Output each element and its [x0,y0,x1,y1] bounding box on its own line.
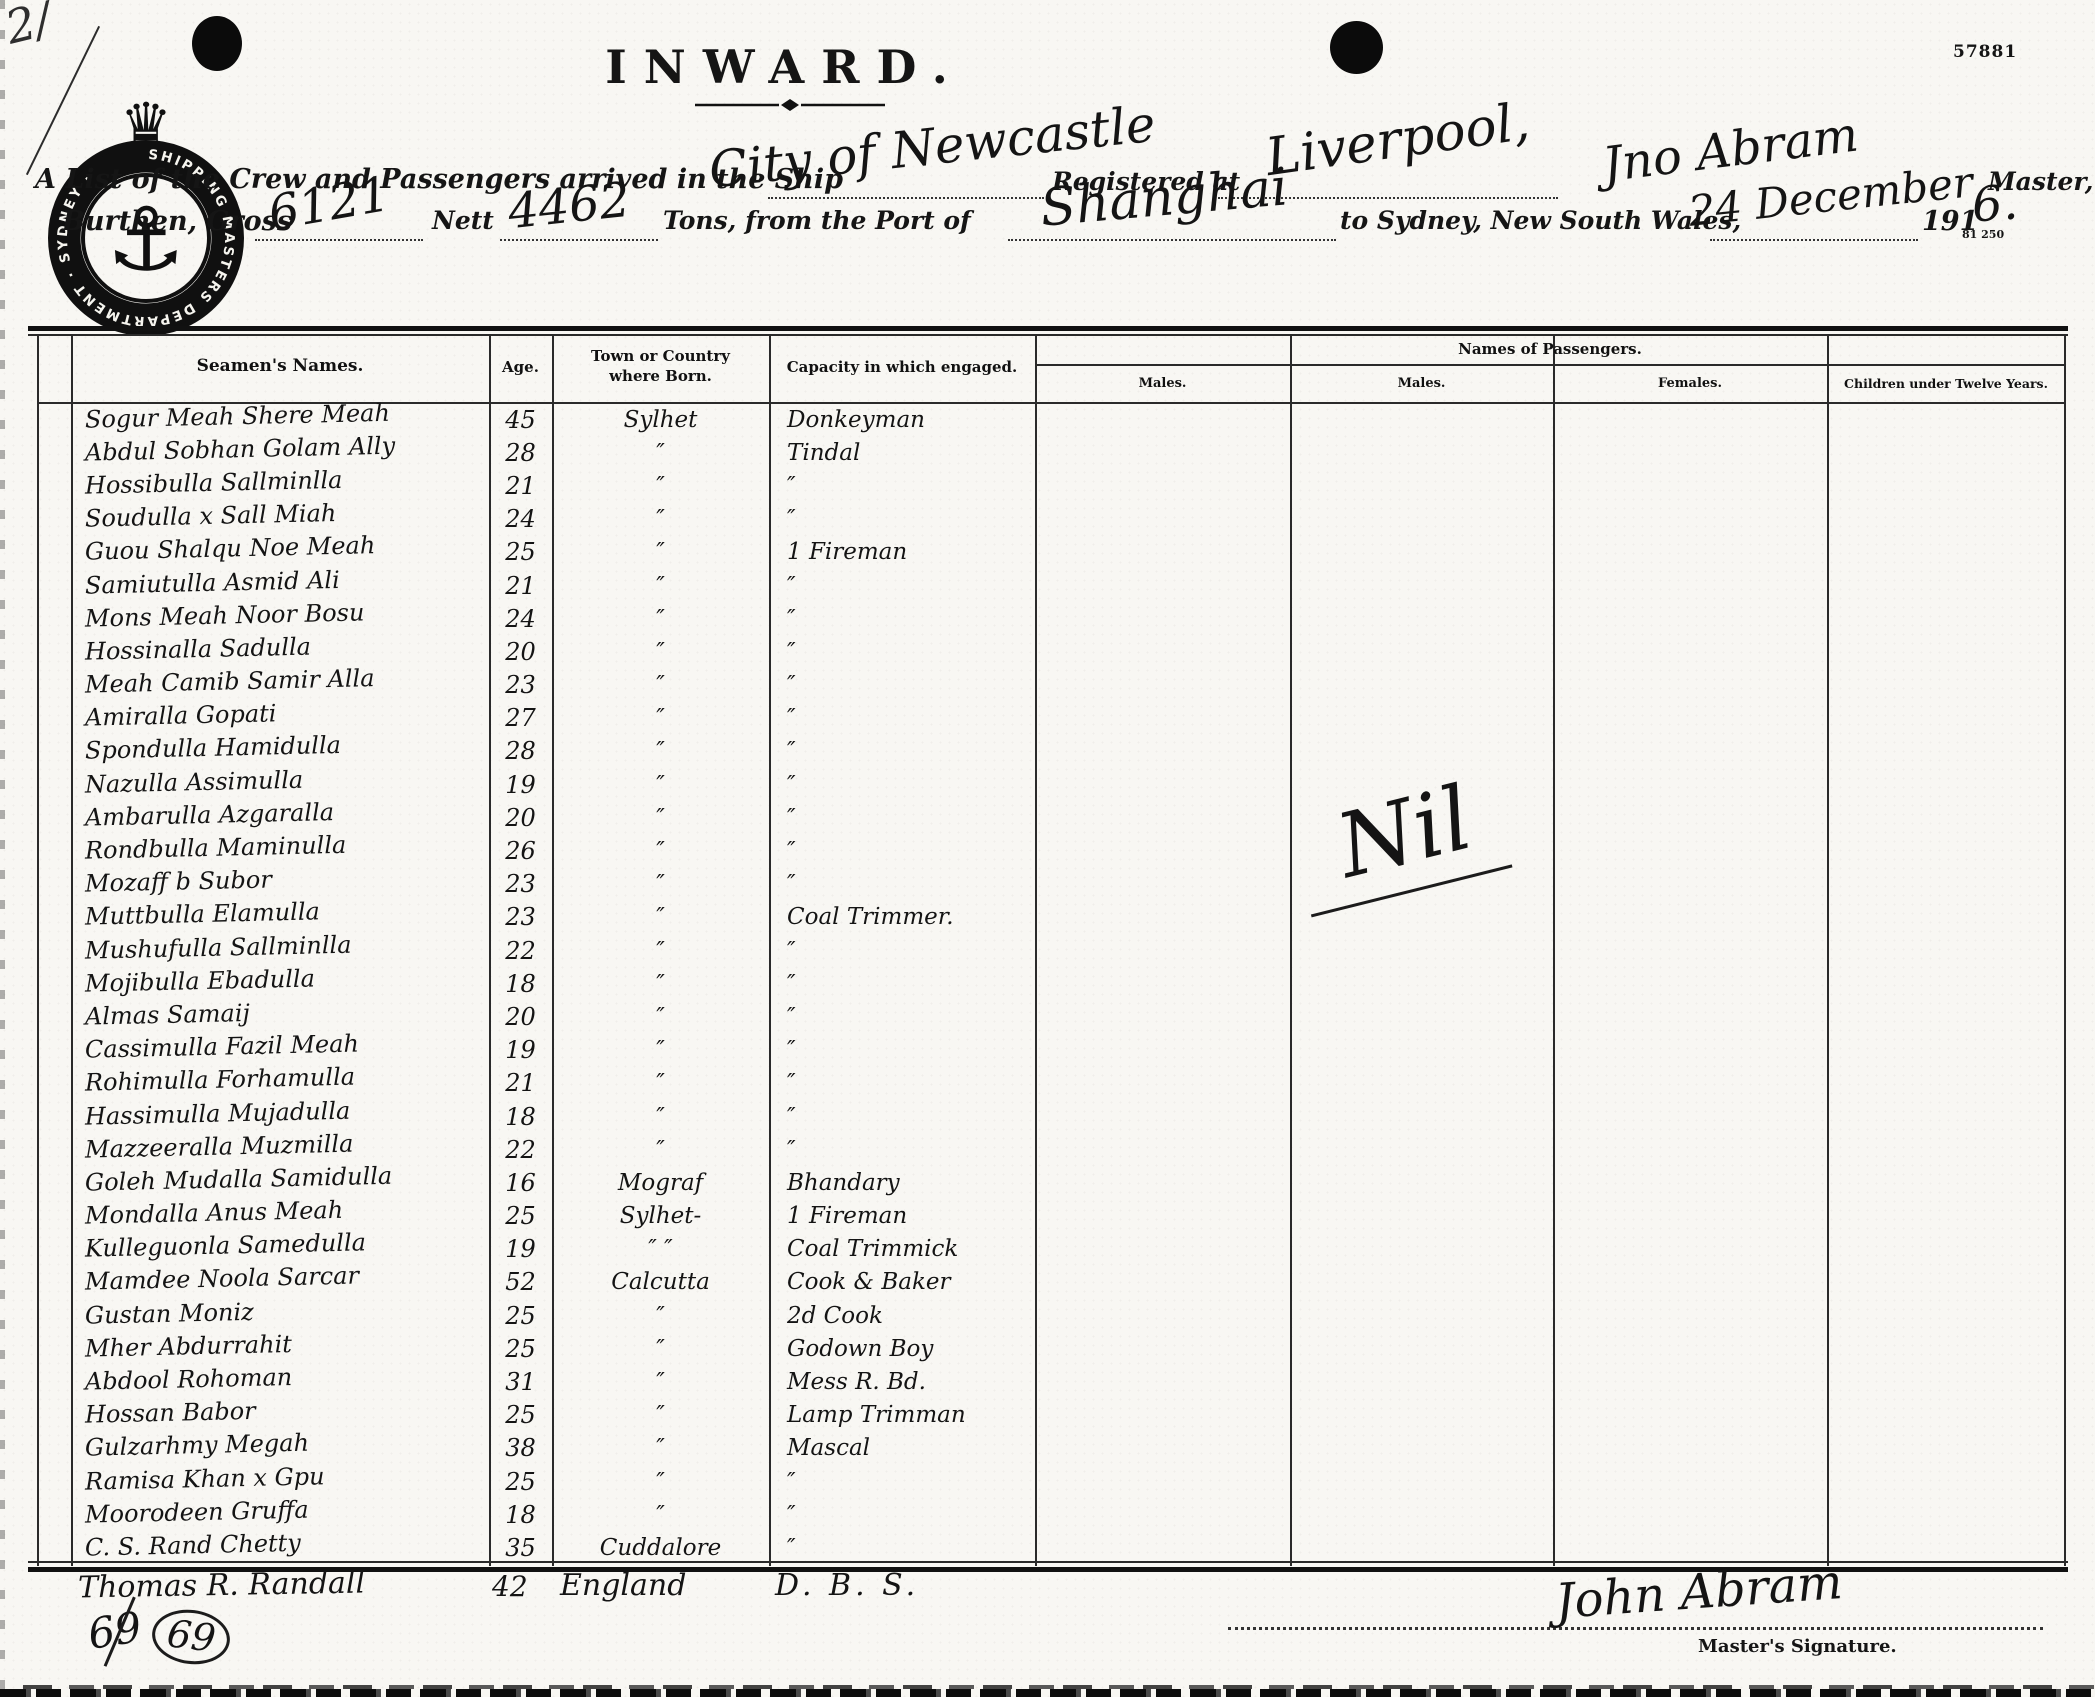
table-top-rule-thin [28,334,2068,336]
seaman-town: Sylhet [552,407,769,433]
seaman-capacity: Tindal [769,440,2065,466]
seaman-age: 25 [489,1202,552,1230]
seaman-town: ″ [552,1336,769,1362]
seaman-capacity: 1 Fireman [769,539,2065,565]
seaman-town: ″ [552,938,769,964]
crew-row: Gustan Moniz 25 ″ 2d Cook [37,1299,2065,1332]
seaman-age: 45 [489,406,552,434]
seaman-capacity: Coal Trimmick [769,1236,2065,1262]
seaman-age: 23 [489,870,552,898]
seaman-town: ″ [552,506,769,532]
seaman-capacity: Coal Trimmer. [769,904,2065,930]
seaman-age: 25 [489,1401,552,1429]
seaman-age: 28 [489,737,552,765]
seaman-capacity: Godown Boy [769,1336,2065,1362]
seaman-age: 21 [489,572,552,600]
seaman-age: 19 [489,771,552,799]
seaman-town: ″ [552,573,769,599]
seaman-town: ″ [552,1137,769,1163]
footer-row-town: England [560,1568,686,1603]
crew-row: Rondbulla Maminulla 26 ″ ″ [37,834,2065,867]
footer-row-capacity: D. B. S. [775,1568,919,1603]
port-line [1008,238,1336,241]
seaman-town: ″ [552,805,769,831]
seaman-capacity: Lamp Trimman [769,1402,2065,1428]
crew-row: Sogur Meah Shere Meah 45 Sylhet Donkeyma… [37,403,2065,436]
crew-row: Almas Samaij 20 ″ ″ [37,1000,2065,1033]
seaman-town: ″ [552,1435,769,1461]
seaman-town: ″ [552,738,769,764]
crew-row: Mondalla Anus Meah 25 Sylhet- 1 Fireman [37,1200,2065,1233]
crew-row: Spondulla Hamidulla 28 ″ ″ [37,735,2065,768]
crew-row: Muttbulla Elamulla 23 ″ Coal Trimmer. [37,901,2065,934]
seaman-town: ″ [552,904,769,930]
seaman-town: ″ [552,1070,769,1096]
seaman-capacity: Bhandary [769,1170,2065,1196]
nett-value: 4462 [505,172,632,240]
crew-row: Rohimulla Forhamulla 21 ″ ″ [37,1067,2065,1100]
footer-row-name: Thomas R. Randall [78,1565,366,1605]
seaman-age: 25 [489,1335,552,1363]
seaman-town: Mograf [552,1170,769,1196]
form-number: 81 250 [1962,228,2004,241]
nett-label: Nett [432,206,494,235]
seaman-capacity: ″ [769,506,2065,532]
seaman-capacity: ″ [769,573,2065,599]
seaman-age: 25 [489,538,552,566]
seaman-age: 20 [489,638,552,666]
crew-row: Moorodeen Gruffa 18 ″ ″ [37,1498,2065,1531]
crew-row: Mher Abdurrahit 25 ″ Godown Boy [37,1332,2065,1365]
crew-row: Mamdee Noola Sarcar 52 Calcutta Cook & B… [37,1266,2065,1299]
seaman-town: ″ [552,1369,769,1395]
document-number: 57881 [1953,42,2017,62]
seaman-age: 35 [489,1534,552,1562]
seaman-capacity: ″ [769,639,2065,665]
ship-name-line [768,196,1044,199]
seaman-town: Sylhet- [552,1203,769,1229]
seaman-capacity: ″ [769,738,2065,764]
seaman-age: 18 [489,1103,552,1131]
to-sydney-label: to Sydney, New South Wales, [1340,206,1741,235]
seaman-age: 31 [489,1368,552,1396]
seaman-capacity: Cook & Baker [769,1269,2065,1295]
seaman-capacity: ″ [769,1469,2065,1495]
seaman-town: ″ [552,772,769,798]
punch-hole-left [192,16,242,71]
seaman-town: ″ [552,1502,769,1528]
header-children: Children under Twelve Years. [1827,376,2065,391]
seaman-age: 52 [489,1268,552,1296]
seaman-town: ″ [552,1104,769,1130]
seaman-age: 18 [489,970,552,998]
seaman-town: ″ [552,539,769,565]
seaman-age: 24 [489,505,552,533]
seaman-town: ″ [552,705,769,731]
title-ornament [695,98,885,112]
header-capacity: Capacity in which engaged. [769,358,1035,376]
master-signature-value: John Abram [1553,1554,1844,1630]
seaman-capacity: ″ [769,1004,2065,1030]
crew-row: Gulzarhmy Megah 38 ″ Mascal [37,1432,2065,1465]
seaman-town: ″ [552,871,769,897]
crew-row: Samiutulla Asmid Ali 21 ″ ″ [37,569,2065,602]
header-age: Age. [489,358,552,376]
seaman-town: ″ [552,473,769,499]
burthen-label: Burthen, Gross [62,206,292,237]
seaman-age: 23 [489,671,552,699]
seaman-capacity: ″ [769,1104,2065,1130]
seaman-town: ″ [552,606,769,632]
crew-row: Hossibulla Sallminlla 21 ″ ″ [37,469,2065,502]
seaman-age: 23 [489,903,552,931]
seaman-town: ″ [552,672,769,698]
header-females: Females. [1553,376,1827,391]
header-males-1: Males. [1035,376,1290,391]
seaman-capacity: Donkeyman [769,407,2065,433]
crew-row: Cassimulla Fazil Meah 19 ″ ″ [37,1034,2065,1067]
seaman-capacity: Mess R. Bd. [769,1369,2065,1395]
page-number-circled: 69 [152,1610,230,1664]
seaman-capacity: Mascal [769,1435,2065,1461]
scan-edge-artifact [0,0,5,1697]
master-signature-label: Master's Signature. [1698,1636,1897,1657]
table-top-rule [28,326,2068,331]
signature-line [1228,1626,2043,1630]
seaman-age: 22 [489,937,552,965]
seaman-town: ″ [552,971,769,997]
seaman-capacity: ″ [769,473,2065,499]
crew-row: Abdul Sobhan Golam Ally 28 ″ Tindal [37,436,2065,469]
seaman-age: 22 [489,1136,552,1164]
crew-row: Guou Shalqu Noe Meah 25 ″ 1 Fireman [37,536,2065,569]
seaman-town: ″ [552,1037,769,1063]
seaman-age: 26 [489,837,552,865]
anchor-icon: ⚓ [107,188,186,291]
crew-row: Ambarulla Azgaralla 20 ″ ″ [37,801,2065,834]
header-town-line1: Town or Country [552,347,769,365]
seaman-capacity: ″ [769,606,2065,632]
seaman-town: ″ [552,1469,769,1495]
footer-row-age: 42 [492,1570,528,1603]
seaman-age: 16 [489,1169,552,1197]
pencil-mark: 2/ [0,0,56,55]
crew-row: Ramisa Khan x Gpu 25 ″ ″ [37,1465,2065,1498]
crew-row: Mozaff b Subor 23 ″ ″ [37,868,2065,901]
scanned-crew-list-document: 2/ 57881 ♛ SHIPPING MASTERS DEPARTMENT ·… [0,0,2095,1697]
seaman-age: 38 [489,1434,552,1462]
passengers-split-line [1035,364,2065,366]
seaman-town: ″ [552,639,769,665]
seaman-capacity: ″ [769,938,2065,964]
crew-row: Goleh Mudalla Samidulla 16 Mograf Bhanda… [37,1166,2065,1199]
seaman-capacity: ″ [769,672,2065,698]
seaman-age: 21 [489,1069,552,1097]
seaman-capacity: ″ [769,1535,2065,1561]
crew-row: Soudulla x Sall Miah 24 ″ ″ [37,503,2065,536]
seaman-age: 20 [489,804,552,832]
crew-row: Hassimulla Mujadulla 18 ″ ″ [37,1100,2065,1133]
crew-row: Mojibulla Ebadulla 18 ″ ″ [37,967,2065,1000]
crew-row: Hossan Babor 25 ″ Lamp Trimman [37,1399,2065,1432]
page-title: INWARD. [555,40,1015,94]
crew-row: Mons Meah Noor Bosu 24 ″ ″ [37,602,2065,635]
date-line [1710,238,1918,241]
seaman-capacity: 2d Cook [769,1303,2065,1329]
page-number-value: 69 [84,1602,144,1659]
seaman-age: 19 [489,1235,552,1263]
seaman-town: ″ ″ [552,1236,769,1262]
seaman-capacity: ″ [769,1037,2065,1063]
scan-bottom-artifact-2 [14,1685,2095,1689]
seaman-age: 19 [489,1036,552,1064]
seaman-age: 28 [489,439,552,467]
seaman-town: ″ [552,838,769,864]
seaman-capacity: ″ [769,1070,2065,1096]
crew-row: Meah Camib Samir Alla 23 ″ ″ [37,669,2065,702]
tons-label: Tons, from the Port of [663,206,971,235]
crew-row: Mazzeeralla Muzmilla 22 ″ ″ [37,1133,2065,1166]
crew-row: Abdool Rohoman 31 ″ Mess R. Bd. [37,1365,2065,1398]
seaman-capacity: ″ [769,705,2065,731]
seaman-town: Calcutta [552,1269,769,1295]
crew-row: Nazulla Assimulla 19 ″ ″ [37,768,2065,801]
seaman-age: 27 [489,704,552,732]
page-number-circled-value: 69 [149,1605,233,1668]
year-digit: 6. [1970,174,2020,233]
seaman-age: 18 [489,1501,552,1529]
header-seamen-names: Seamen's Names. [71,356,489,376]
seaman-age: 20 [489,1003,552,1031]
crew-rows: Sogur Meah Shere Meah 45 Sylhet Donkeyma… [37,403,2065,1565]
crew-row: Mushufulla Sallminlla 22 ″ ″ [37,934,2065,967]
seaman-age: 21 [489,472,552,500]
registered-at-value: Liverpool, [1262,92,1533,188]
seaman-capacity: 1 Fireman [769,1203,2065,1229]
header-males-2: Males. [1290,376,1553,391]
seaman-capacity: ″ [769,1502,2065,1528]
seaman-town: ″ [552,440,769,466]
seaman-age: 24 [489,605,552,633]
page-number-struck: 69 [84,1602,144,1659]
seaman-capacity: ″ [769,1137,2065,1163]
seaman-age: 25 [489,1468,552,1496]
seaman-age: 25 [489,1302,552,1330]
header-town-line2: where Born. [552,367,769,385]
crew-row: Hossinalla Sadulla 20 ″ ″ [37,635,2065,668]
scan-bottom-artifact [0,1689,2095,1697]
seaman-town: Cuddalore [552,1535,769,1561]
seaman-town: ″ [552,1004,769,1030]
seaman-capacity: ″ [769,971,2065,997]
seaman-town: ″ [552,1303,769,1329]
punch-hole-right [1330,21,1383,74]
header-names-of-passengers: Names of Passengers. [1035,340,2065,358]
seaman-town: ″ [552,1402,769,1428]
